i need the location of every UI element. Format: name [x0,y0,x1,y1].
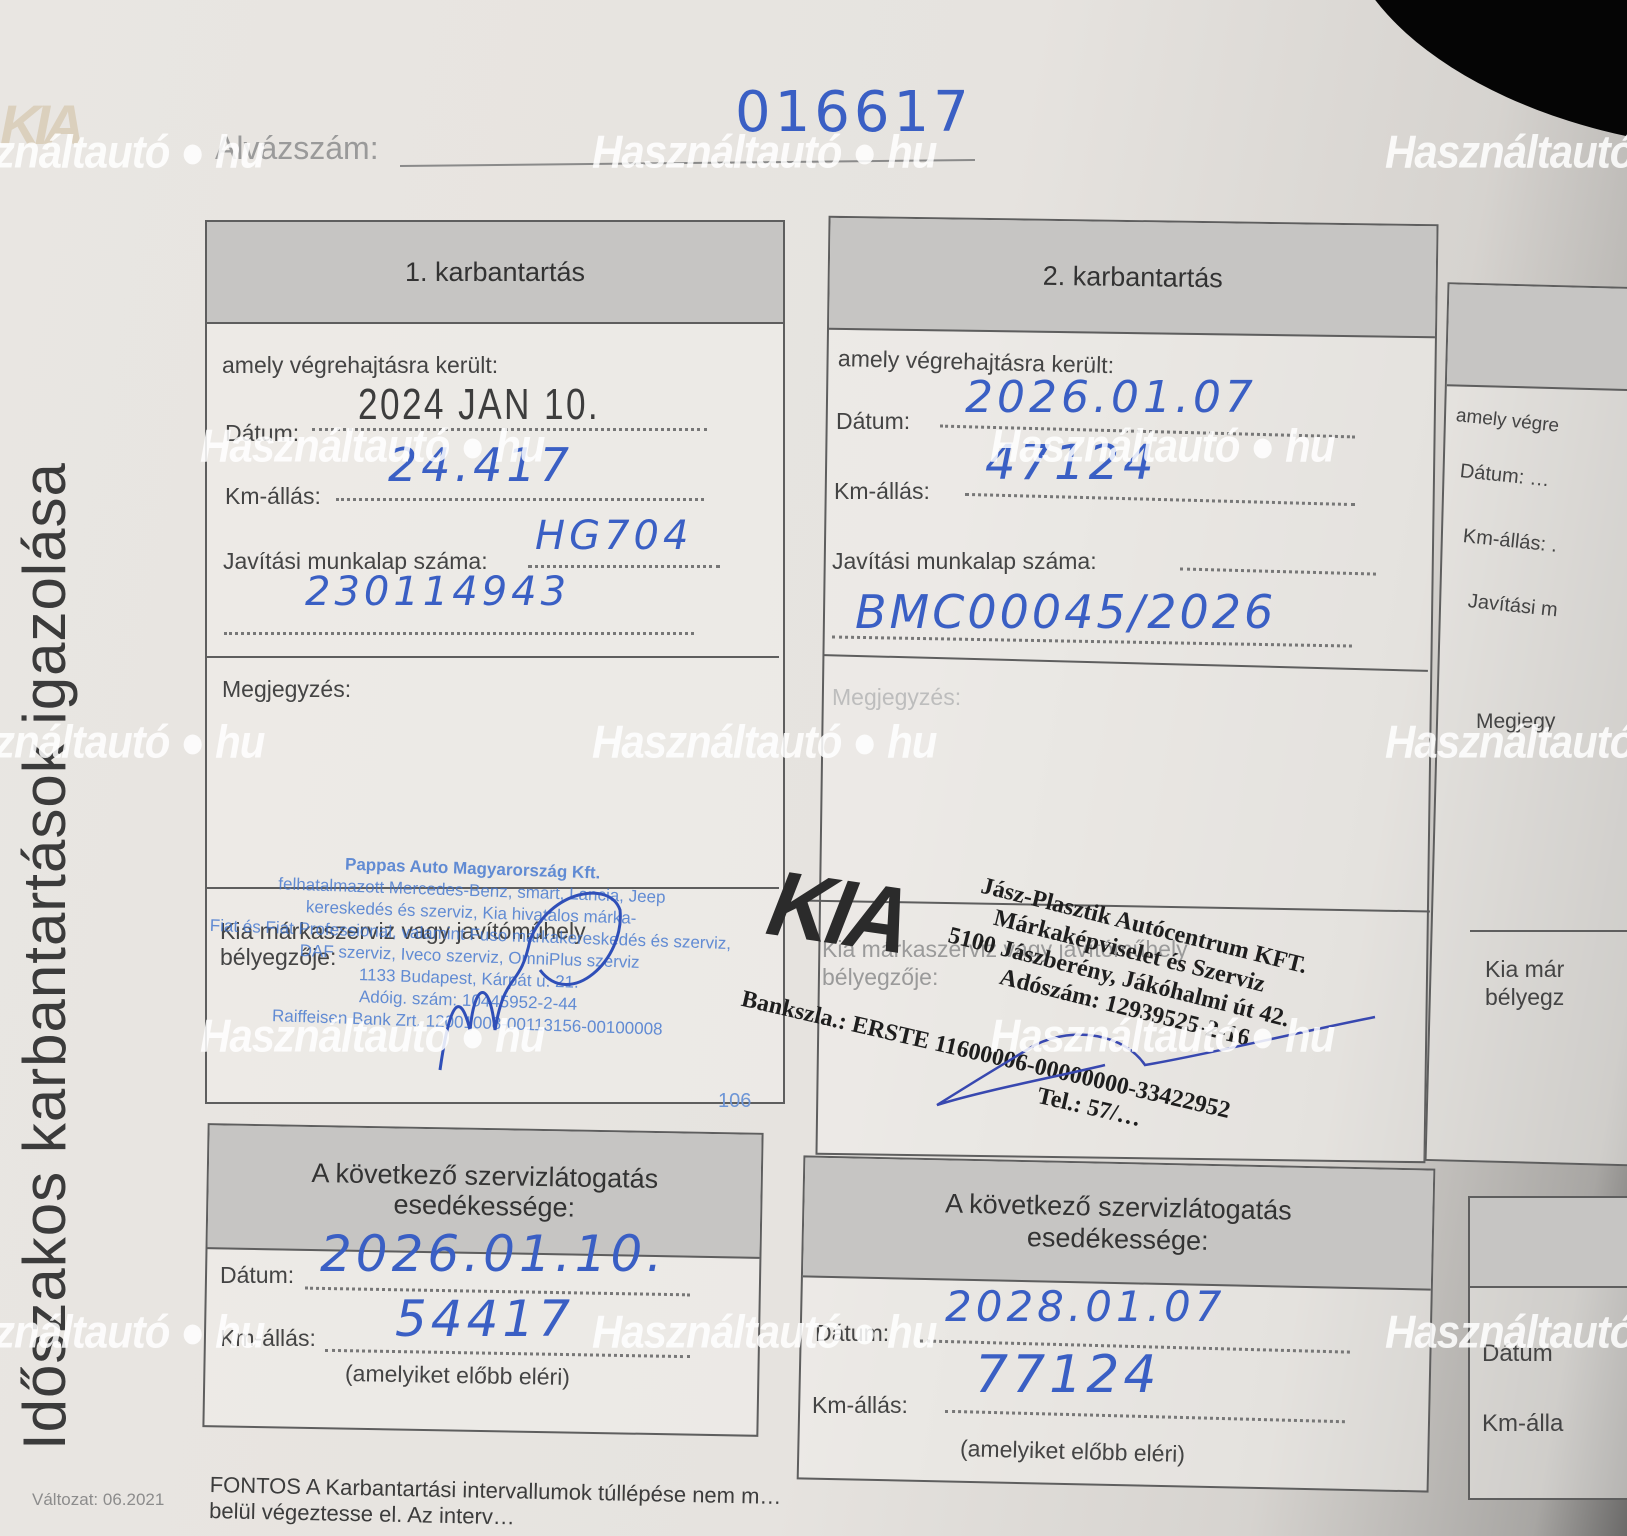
watermark: Használtautó ● hu [990,1010,1334,1063]
page-title: Időszakos karbantartások igazolása [10,462,79,1450]
separator [207,656,779,658]
next-date-value: 2026.01.10. [320,1225,666,1283]
watermark: Használtautó ● hu [592,1306,936,1359]
stamp-label: Kia már bélyegz [1485,955,1564,1011]
watermark: Használtautó ● hu [990,420,1334,473]
next-km-value: 54417 [395,1290,574,1348]
watermark: Használtautó ● hu [200,420,544,473]
performed-label: amely végrehajtásra került: [222,352,498,379]
worksheet-value-line2: 230114943 [305,569,570,615]
whichever-label: (amelyiket előbb eléri) [345,1360,570,1391]
date-value: 2026.01.07 [965,372,1257,423]
maintenance-2-title: 2. karbantartás [829,218,1437,338]
worksheet-value: HG704 230114943 [305,508,692,620]
watermark: Használtautó ● hu [592,126,936,179]
photo-dark-corner [1315,0,1627,144]
important-note: FONTOS A Karbantartási intervallumok túl… [209,1472,782,1536]
note-label: Megjegyzés: [832,684,961,711]
next-km-label: Km-álla [1482,1410,1563,1438]
version-label: Változat: 06.2021 [32,1490,164,1510]
watermark: Használtautó ● hu [200,1010,544,1063]
maintenance-1-title: 1. karbantartás [207,222,783,324]
next-km-label: Km-állás: [812,1392,908,1419]
stamp-label-line: bélyegz [1485,983,1564,1011]
km-label: Km-állás: [834,478,930,505]
worksheet-dots-2 [224,632,694,635]
km-label: Km-állás: [225,483,321,510]
separator [1470,930,1627,932]
note-label: Megjegyzés: [222,676,351,703]
worksheet-label: Javítási munkalap száma: [832,548,1097,575]
stamp-label-line: Kia már [1485,955,1564,983]
watermark: Használtautó ● hu [1385,126,1627,179]
watermark: Használtautó ● hu [1385,1306,1627,1359]
next-visit-3-header [1470,1198,1627,1288]
date-label: Dátum: [836,408,910,435]
maintenance-3-title [1447,284,1627,392]
next-date-label: Dátum: [220,1262,294,1289]
km-dots [336,498,704,501]
watermark: Használtautó ● hu [0,1306,264,1359]
next-visit-2-header: A következő szervizlátogatás esedékesség… [803,1157,1433,1290]
watermark: Használtautó ● hu [0,716,264,769]
watermark: Használtautó ● hu [1385,716,1627,769]
next-date-value: 2028.01.07 [945,1282,1225,1331]
watermark: Használtautó ● hu [592,716,936,769]
worksheet-value: BMC00045/2026 [855,585,1276,639]
page-number: 106 [718,1090,751,1113]
watermark: Használtautó ● hu [0,126,264,179]
next-km-value: 77124 [975,1345,1160,1405]
worksheet-value-line1: HG704 [535,513,692,559]
